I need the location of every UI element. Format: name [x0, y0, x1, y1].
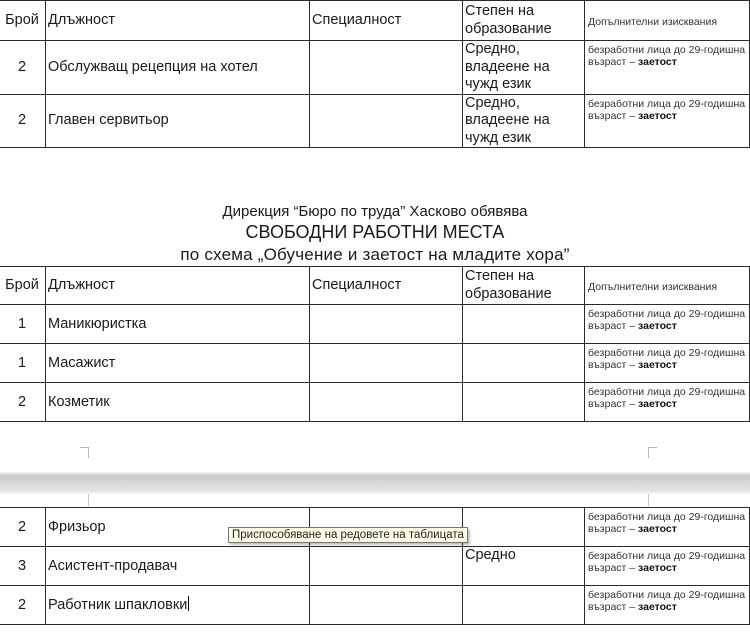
requirements-bold: заетост — [638, 562, 677, 574]
cell-requirements[interactable]: безработни лица до 29-годишна възраст – … — [585, 305, 750, 344]
cell-position-editing[interactable]: Работник шпакловки — [46, 586, 310, 625]
table-row: 3 Асистент-продавач Средно безработни ли… — [0, 547, 750, 586]
cell-count[interactable]: 1 — [0, 305, 46, 344]
header-count[interactable]: Брой — [0, 1, 46, 41]
cell-requirements[interactable]: безработни лица до 29-годишна възраст – … — [585, 547, 750, 586]
cell-specialty[interactable] — [310, 344, 463, 383]
header-position[interactable]: Длъжност — [46, 267, 310, 305]
announcement-scheme: по схема „Обучение и заетост на младите … — [0, 245, 750, 265]
cell-requirements[interactable]: безработни лица до 29-годишна възраст – … — [585, 94, 750, 148]
header-specialty[interactable]: Специалност — [310, 267, 463, 305]
cell-count[interactable]: 2 — [0, 508, 46, 547]
requirements-bold: заетост — [638, 601, 677, 613]
vacancies-table-2: Брой Длъжност Специалност Степен на обра… — [0, 266, 750, 422]
table-header-row: Брой Длъжност Специалност Степен на обра… — [0, 1, 750, 41]
cell-requirements[interactable]: безработни лица до 29-годишна възраст – … — [585, 508, 750, 547]
document-page-2: 2 Фризьор безработни лица до 29-годишна … — [0, 494, 750, 633]
table-row: 2 Козметик безработни лица до 29-годишна… — [0, 383, 750, 422]
header-count[interactable]: Брой — [0, 267, 46, 305]
table-row: 2 Главен сервитьор Средно, владеене на ч… — [0, 94, 750, 148]
requirements-bold: заетост — [638, 398, 677, 410]
cell-count[interactable]: 1 — [0, 344, 46, 383]
page-corner-mark-left — [80, 447, 89, 458]
cell-count[interactable]: 2 — [0, 94, 46, 148]
cell-position[interactable]: Главен сервитьор — [46, 94, 310, 148]
cell-position[interactable]: Маникюристка — [46, 305, 310, 344]
requirements-bold: заетост — [638, 359, 677, 371]
vacancies-table-1: Брой Длъжност Специалност Степен на обра… — [0, 0, 750, 148]
page-corner-mark-right — [648, 447, 657, 458]
cell-requirements[interactable]: безработни лица до 29-годишна възраст – … — [585, 344, 750, 383]
cell-requirements[interactable]: безработни лица до 29-годишна възраст – … — [585, 41, 750, 95]
header-position[interactable]: Длъжност — [46, 1, 310, 41]
table-row: 2 Работник шпакловки безработни лица до … — [0, 586, 750, 625]
cell-education[interactable] — [463, 305, 585, 344]
announcement-title: СВОБОДНИ РАБОТНИ МЕСТА — [0, 222, 750, 243]
cell-education[interactable] — [463, 344, 585, 383]
cell-position[interactable]: Масажист — [46, 344, 310, 383]
cell-education[interactable] — [463, 508, 585, 547]
vacancies-table-3: 2 Фризьор безработни лица до 29-годишна … — [0, 507, 750, 625]
cell-count[interactable]: 2 — [0, 586, 46, 625]
document-page-1: Брой Длъжност Специалност Степен на обра… — [0, 0, 750, 472]
cell-position-text: Работник шпакловки — [48, 597, 187, 613]
cell-specialty[interactable] — [310, 547, 463, 586]
cell-education[interactable]: Средно, владеене на чужд език — [463, 94, 585, 148]
cell-position[interactable]: Асистент-продавач — [46, 547, 310, 586]
cell-specialty[interactable] — [310, 305, 463, 344]
header-education[interactable]: Степен на образование — [463, 267, 585, 305]
cell-position[interactable]: Обслужващ рецепция на хотел — [46, 41, 310, 95]
cell-education[interactable] — [463, 586, 585, 625]
page-corner-mark-left — [88, 494, 89, 506]
requirements-bold: заетост — [638, 523, 677, 535]
cell-education[interactable] — [463, 383, 585, 422]
text-cursor — [188, 596, 189, 611]
cell-education[interactable]: Средно, владеене на чужд език — [463, 41, 585, 95]
page-corner-mark-right — [648, 494, 649, 506]
cell-requirements[interactable]: безработни лица до 29-годишна възраст – … — [585, 383, 750, 422]
header-specialty[interactable]: Специалност — [310, 1, 463, 41]
header-education[interactable]: Степен на образование — [463, 1, 585, 41]
announcement-line-1: Дирекция “Бюро по труда” Хасково обявява — [0, 203, 750, 220]
requirements-bold: заетост — [638, 110, 677, 122]
cell-count[interactable]: 2 — [0, 383, 46, 422]
requirements-bold: заетост — [638, 320, 677, 332]
header-requirements[interactable]: Допълнителни изисквания — [585, 267, 750, 305]
cell-specialty[interactable] — [310, 383, 463, 422]
table-row: 1 Масажист безработни лица до 29-годишна… — [0, 344, 750, 383]
table-header-row: Брой Длъжност Специалност Степен на обра… — [0, 267, 750, 305]
cell-count[interactable]: 3 — [0, 547, 46, 586]
requirements-bold: заетост — [638, 56, 677, 68]
table-row: 2 Обслужващ рецепция на хотел Средно, вл… — [0, 41, 750, 95]
page-break-separator — [0, 472, 750, 494]
table-rows-tooltip: Приспособяване на редовете на таблицата — [228, 527, 468, 543]
cell-position[interactable]: Козметик — [46, 383, 310, 422]
cell-specialty[interactable] — [310, 586, 463, 625]
header-requirements[interactable]: Допълнителни изисквания — [585, 1, 750, 41]
table-row: 1 Маникюристка безработни лица до 29-год… — [0, 305, 750, 344]
cell-specialty[interactable] — [310, 41, 463, 95]
cell-education[interactable]: Средно — [463, 547, 585, 586]
cell-count[interactable]: 2 — [0, 41, 46, 95]
cell-requirements[interactable]: безработни лица до 29-годишна възраст – … — [585, 586, 750, 625]
cell-specialty[interactable] — [310, 94, 463, 148]
